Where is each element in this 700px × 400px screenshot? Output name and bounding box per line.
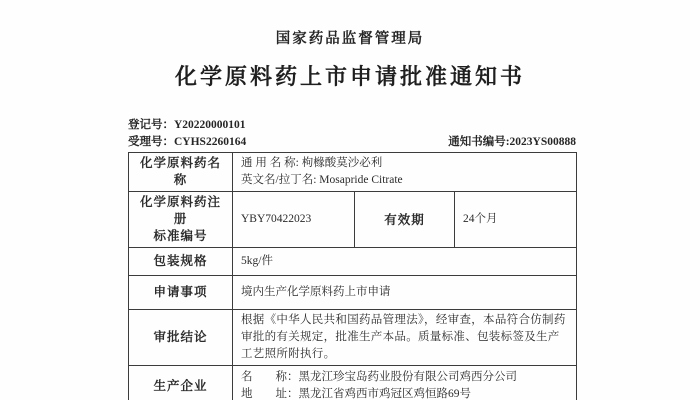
packaging-label: 包装规格 bbox=[129, 247, 233, 275]
issuing-agency: 国家药品监督管理局 bbox=[0, 27, 700, 48]
manufacturer-value: 名 称：黑龙江珍宝岛药业股份有限公司鸡西分公司 地 址：黑龙江省鸡西市鸡冠区鸡恒… bbox=[233, 366, 577, 400]
validity-label: 有效期 bbox=[355, 192, 455, 248]
standard-number-label: 化学原料药注册 标准编号 bbox=[129, 192, 233, 248]
acceptance-number-label: 受理号： bbox=[128, 136, 174, 148]
table-row-application: 申请事项 境内生产化学原料药上市申请 bbox=[129, 275, 577, 309]
registration-number-label: 登记号： bbox=[128, 119, 174, 131]
drug-name-label: 化学原料药名称 bbox=[129, 153, 233, 192]
application-label: 申请事项 bbox=[129, 275, 233, 309]
conclusion-label: 审批结论 bbox=[129, 309, 233, 366]
acceptance-number-value: CYHS2260164 bbox=[174, 136, 246, 148]
application-value: 境内生产化学原料药上市申请 bbox=[233, 275, 577, 309]
validity-value: 24个月 bbox=[455, 192, 577, 248]
table-row-conclusion: 审批结论 根据《中华人民共和国药品管理法》，经审查，本品符合仿制药审批的有关规定… bbox=[129, 309, 577, 366]
notice-number-value: 2023YS00888 bbox=[510, 136, 576, 148]
document-meta: 登记号：Y20220000101 受理号：CYHS2260164通知书编号:20… bbox=[128, 117, 576, 151]
notice-number: 通知书编号:2023YS00888 bbox=[448, 134, 576, 151]
table-row-manufacturer: 生产企业 名 称：黑龙江珍宝岛药业股份有限公司鸡西分公司 地 址：黑龙江省鸡西市… bbox=[129, 366, 577, 400]
registration-number-line: 登记号：Y20220000101 bbox=[128, 117, 576, 134]
generic-name-line: 通 用 名 称: 枸橼酸莫沙必利 bbox=[241, 155, 568, 172]
drug-name-value: 通 用 名 称: 枸橼酸莫沙必利 英文名/拉丁名: Mosapride Citr… bbox=[233, 153, 577, 192]
table-row-packaging: 包装规格 5kg/件 bbox=[129, 247, 577, 275]
manufacturer-address-line: 地 址：黑龙江省鸡西市鸡冠区鸡恒路69号 bbox=[241, 386, 568, 400]
document-title: 化学原料药上市申请批准通知书 bbox=[0, 60, 700, 91]
manufacturer-label: 生产企业 bbox=[129, 366, 233, 400]
table-row-drug-name: 化学原料药名称 通 用 名 称: 枸橼酸莫沙必利 英文名/拉丁名: Mosapr… bbox=[129, 153, 577, 192]
notice-number-label: 通知书编号: bbox=[448, 136, 509, 148]
manufacturer-name-line: 名 称：黑龙江珍宝岛药业股份有限公司鸡西分公司 bbox=[241, 369, 568, 386]
table-row-standard-number: 化学原料药注册 标准编号 YBY70422023 有效期 24个月 bbox=[129, 192, 577, 248]
approval-notice-document: 国家药品监督管理局 化学原料药上市申请批准通知书 登记号：Y2022000010… bbox=[0, 0, 700, 400]
conclusion-value: 根据《中华人民共和国药品管理法》，经审查，本品符合仿制药审批的有关规定，批准生产… bbox=[233, 309, 577, 366]
english-name-line: 英文名/拉丁名: Mosapride Citrate bbox=[241, 172, 568, 189]
registration-number-value: Y20220000101 bbox=[174, 119, 246, 131]
standard-number-value: YBY70422023 bbox=[233, 192, 355, 248]
packaging-value: 5kg/件 bbox=[233, 247, 577, 275]
approval-table: 化学原料药名称 通 用 名 称: 枸橼酸莫沙必利 英文名/拉丁名: Mosapr… bbox=[128, 152, 577, 400]
acceptance-number-line: 受理号：CYHS2260164通知书编号:2023YS00888 bbox=[128, 134, 576, 151]
